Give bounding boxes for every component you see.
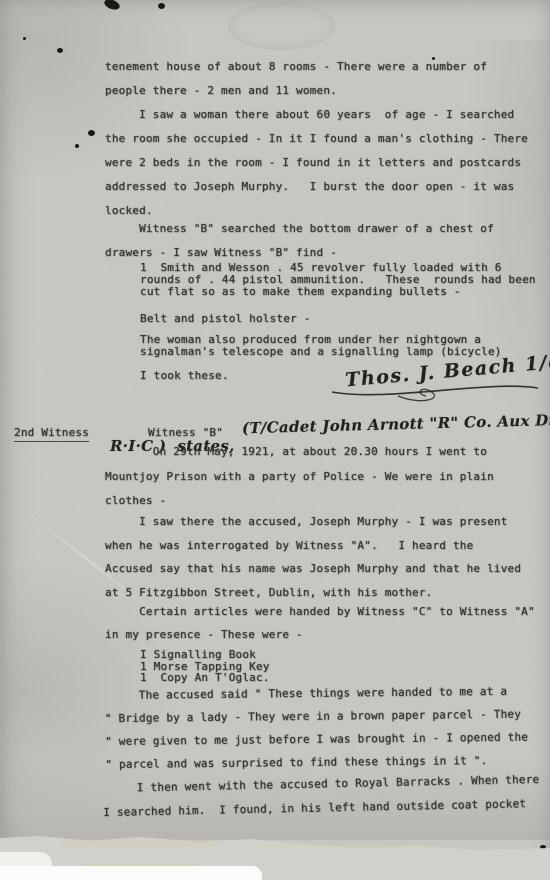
ink-speck — [23, 37, 26, 40]
text-line: cut flat so as to make them expanding bu… — [140, 286, 536, 298]
paragraph-search-room: I saw a woman there about 60 years of ag… — [105, 103, 528, 223]
text-line: the room she occupied - In it I found a … — [105, 127, 528, 151]
paragraph-saw-accused: I saw there the accused, Joseph Murphy -… — [105, 510, 521, 604]
list-articles: I Signalling Book1 Morse Tapping Key1 Co… — [140, 649, 270, 684]
ink-speck — [103, 0, 121, 11]
text-line: Accused say that his name was Joseph Mur… — [105, 557, 521, 581]
ink-speck — [158, 3, 165, 9]
signature-flourish — [328, 378, 543, 408]
paragraph-articles-handed: Certain articles were handed by Witness … — [105, 600, 535, 646]
paragraph-mountjoy: On 29th May, 1921, at about 20.30 hours … — [105, 440, 494, 514]
document-page: tenement house of about 8 rooms - There … — [0, 0, 550, 880]
handwritten-annotation-cadet: (T/Cadet John Arnott "R" Co. Aux Div: — [242, 411, 550, 438]
label-2nd-witness: 2nd Witness — [14, 426, 89, 442]
paragraph-royal-barracks: I then went with the accused to Royal Ba… — [102, 768, 540, 825]
text-line: I saw there the accused, Joseph Murphy -… — [105, 510, 521, 534]
text-line: were 2 beds in the room - I found in it … — [105, 151, 528, 175]
embossed-seal-mark — [228, 2, 335, 50]
list-revolver-found: 1 Smith and Wesson . 45 revolver fully l… — [140, 262, 536, 299]
paragraph-tenement: tenement house of about 8 rooms - There … — [105, 55, 487, 103]
text-line: in my presence - These were - — [105, 623, 535, 646]
text-line: addressed to Joseph Murphy. I burst the … — [105, 175, 528, 199]
ink-speck — [57, 48, 63, 53]
line-i-took-these: I took these. — [140, 369, 229, 382]
line-belt-holster: Belt and pistol holster - — [140, 312, 311, 325]
text-line: signalman's telescope and a signalling l… — [140, 346, 502, 358]
bottom-white-strip — [0, 866, 262, 880]
text-line: Witness "B" searched the bottom drawer o… — [105, 217, 494, 241]
text-line: Certain articles were handed by Witness … — [105, 600, 535, 623]
text-line: tenement house of about 8 rooms - There … — [105, 55, 487, 79]
tan-streak — [250, 845, 430, 848]
text-line: Mountjoy Prison with a party of Police -… — [105, 465, 494, 490]
text-line: I saw a woman there about 60 years of ag… — [105, 103, 528, 127]
text-line: when he was interrogated by Witness "A".… — [105, 534, 521, 558]
ink-speck — [88, 130, 95, 136]
text-line: people there - 2 men and 11 women. — [105, 79, 487, 103]
ink-speck — [75, 144, 79, 148]
text-line: On 29th May, 1921, at about 20.30 hours … — [105, 440, 494, 465]
paragraph-woman-produced: The woman also produced from under her n… — [140, 334, 502, 358]
tan-streak — [60, 842, 220, 846]
paragraph-witness-b-search: Witness "B" searched the bottom drawer o… — [105, 217, 494, 265]
text-line: I Signalling Book — [140, 649, 270, 661]
paragraph-accused-quote: The accused said " These things were han… — [105, 680, 529, 776]
